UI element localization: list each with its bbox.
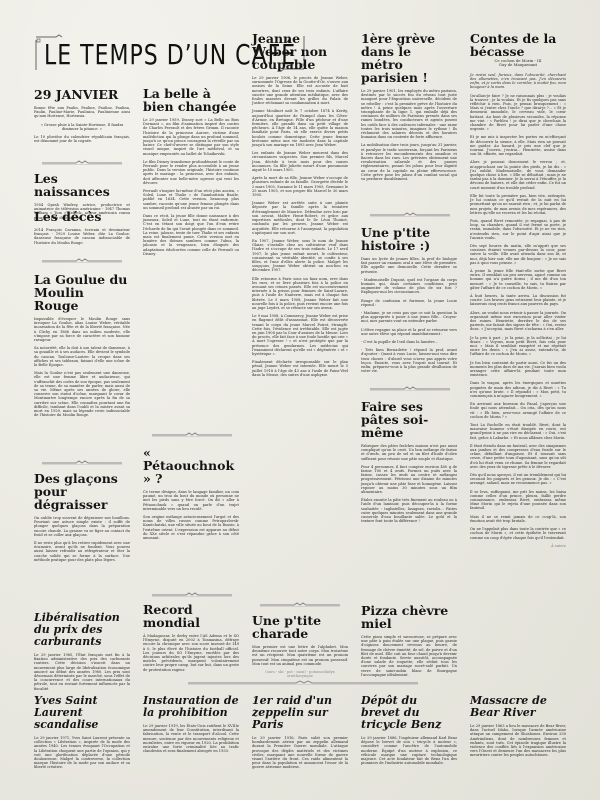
article-glacons: Des glaçons pour dégraisser On oublie tr… <box>34 472 130 566</box>
article-title: Massacre de Bear River <box>470 695 566 719</box>
article-text: Jeanne Moulinet naît le 7 octobre 1874 à… <box>252 109 348 147</box>
article-title: Yves Saint Laurent scandalise <box>34 695 130 731</box>
article-title: Libéralisation du prix des carburants <box>34 612 130 648</box>
article-text: Rouge de confusion et furieuse, la jeune… <box>361 299 457 307</box>
article-text: Il ne reste plus qu'à les retirer rapide… <box>34 541 130 562</box>
article-text: Je restai seul, furieux, dans l'obscurit… <box>470 73 566 90</box>
article-title: Les décès <box>34 210 130 223</box>
article-title: Instauration de la prohibition <box>143 695 239 719</box>
article-title: La belle à bien changée <box>143 87 239 113</box>
article-text: Dès qu'il nous aperçut, il eut un trembl… <box>470 473 566 486</box>
article-la-belle: La belle à bien changée Le 29 janvier 19… <box>143 87 239 260</box>
article-jeanne-weber: Jeanne Weber non coupable Le 29 janvier … <box>252 32 348 381</box>
article-title: « Pétaouchnok » ? <box>143 446 239 485</box>
article-text: Fabriquer des pâtes fraîches maison n'es… <box>361 444 457 461</box>
article-la-goulue: La Goulue du Moulin Rouge Impossible d'é… <box>34 273 130 421</box>
article-text: Les enfants de Jeanne Weber meurent dans… <box>252 151 348 172</box>
divider-ornament <box>42 460 122 466</box>
article-text: Le 29 janvier 1886, l'ingénieur allemand… <box>361 736 457 765</box>
newspaper-page: LE TEMPS D’UN CAFÉ 29 JANVIER Bonne fête… <box>0 0 600 800</box>
article-charade: Une p'tite charade Mon premier est une l… <box>252 614 348 682</box>
article-text: À peine la jeune fille était-elle sortie… <box>470 269 566 290</box>
article-pizza: Pizza chèvre miel Cette pizza simple et … <box>361 604 457 681</box>
article-text: On ne l'appelait plus dans toute la cont… <box>470 527 566 540</box>
article-text: Le 10 pluviôse du calendrier républicain… <box>34 135 130 143</box>
article-text: Dans un lycée de jeunes filles, la prof … <box>361 257 457 274</box>
article-text: - C'est la pupille de l'œil dans la lumi… <box>361 340 457 344</box>
article-bear-river: Massacre de Bear River Le 29 janvier 186… <box>470 695 566 762</box>
article-zeppelin: 1er raid d'un zeppelin sur Paris Le 29 j… <box>252 695 348 774</box>
divider-ornament <box>42 160 122 166</box>
article-title: Record mondial <box>143 603 239 629</box>
article-text: Le 29 janvier 1916, Paris subit son prem… <box>252 736 348 770</box>
article-text: Le 29 janvier 1906, le procès de Jeanne … <box>252 76 348 105</box>
article-text: Le 29 janvier 1959, Disney sort « La Bel… <box>143 118 239 156</box>
article-text: Le 9 mai 1908, à Commercy, Jeanne Weber … <box>252 314 348 356</box>
article-text: Qu'allais-je faire ? Je ne raisonnais pl… <box>470 94 566 132</box>
article-title: La Goulue du Moulin Rouge <box>34 273 130 312</box>
charade-answer: (ours - ski - pot - mon) - potamochidyx … <box>252 670 348 678</box>
article-prohibition: Instauration de la prohibition Le 29 jan… <box>143 695 239 757</box>
article-text: Je la pris à part ; je la priai, je la s… <box>470 336 566 357</box>
article-text: Perrault s'inspire lui-même d'un récit p… <box>143 189 239 210</box>
article-text: Dès sept heures du matin, elle m'apprit … <box>470 244 566 265</box>
article-author: Guy de Maupassant <box>470 63 566 67</box>
article-greve-metro: 1ère grève dans le métro parisien ! Le 2… <box>361 32 457 185</box>
article-title: Une p'tite charade <box>252 614 348 640</box>
article-title: Une p'tite histoire :) <box>361 226 457 252</box>
article-title: Dépôt du brevet du tricycle Benz <box>361 695 457 731</box>
article-text: En 1907, Jeanne Weber, sous le nom de Je… <box>252 239 348 273</box>
article-text: Cette pizza simple et savoureuse, se pré… <box>361 635 457 677</box>
article-text: On oublie trop souvent de dégraisser nos… <box>34 516 130 537</box>
to-be-continued: À suivre <box>470 544 566 548</box>
article-text: Et je me mis à inspecter les portes en m… <box>470 135 566 156</box>
article-text: Il se leva, suffoquant, me prit les main… <box>470 490 566 511</box>
divider-ornament <box>370 212 450 218</box>
article-text: Finalement déclarée irresponsable sur le… <box>252 360 348 377</box>
divider-ornament <box>370 386 450 392</box>
article-text: À huit heures, la tante arriva. La discu… <box>470 294 566 307</box>
article-title: 29 JANVIER <box>34 88 130 101</box>
article-record-mondial: Record mondial À Madagascar, le derby en… <box>143 603 239 676</box>
article-text: La mobilisation dure trois jours, jusqu'… <box>361 143 457 181</box>
article-text: Tout La Rochelle en était troublé. Rivet… <box>470 423 566 440</box>
divider-ornament <box>152 592 232 598</box>
article-text: Elle retourne à Paris sous un faux nom, … <box>252 277 348 311</box>
article-text: Il était étendu dans un fauteuil, avec d… <box>470 444 566 469</box>
article-title: Jeanne Weber non coupable <box>252 32 348 71</box>
article-text: Alors je poussai doucement le verrou ; e… <box>470 160 566 189</box>
article-title: Des glaçons pour dégraisser <box>34 472 130 511</box>
article-text: Le 29 janvier 1901, les employés du métr… <box>361 89 457 139</box>
article-text: Elle fut toute la première pas, bien vit… <box>470 194 566 215</box>
article-text: 2014 François Cavanna, écrivain et dessi… <box>34 228 130 245</box>
article-text: Dans ce récit, la jeune fille donne nais… <box>143 214 239 256</box>
article-text: Puis, quand Rivet remontée, je regagnai,… <box>470 219 566 240</box>
article-ysl: Yves Saint Laurent scandalise Le 29 janv… <box>34 695 130 774</box>
article-text: Ce terme désigne, dans le langage famili… <box>143 490 239 511</box>
article-text: - Très bien Bernadette ! répond la prof,… <box>361 348 457 373</box>
article-text: - Mademoiselle Dupont, quel est l'organe… <box>361 278 457 295</box>
article-text: Après la mort de sa fille, Jeanne Weber … <box>252 176 348 197</box>
article-title: Contes de la bécasse <box>470 32 566 58</box>
article-text: - Madame, je ne crois pas que ce soit la… <box>361 311 457 324</box>
article-contes-becasse: Contes de la bécasse Ce cochon de Morin … <box>470 32 566 552</box>
article-pates: Faire ses pâtes soi-même Fabriquer des p… <box>361 400 457 527</box>
article-text: Son origine mélange astucieusement l'arg… <box>143 515 239 540</box>
article-text: L'élève regagne sa place et la prof se r… <box>361 328 457 336</box>
article-text: Dans le wagon, après les énergiques et m… <box>470 381 566 398</box>
article-title: Pizza chèvre miel <box>361 604 457 630</box>
proverb-quote: « Grosse pluie à la Sainte-Hortense, Il … <box>34 123 130 131</box>
article-ptite-histoire: Une p'tite histoire :) Dans un lycée de … <box>361 226 457 377</box>
article-text: Jeanne Weber est arrêtée suite à une pla… <box>252 201 348 235</box>
article-benz: Dépôt du brevet du tricycle Benz Le 29 j… <box>361 695 457 769</box>
article-petaouchnok: « Pétaouchnok » ? Ce terme désigne, dans… <box>143 446 239 544</box>
article-title: 1er raid d'un zeppelin sur Paris <box>252 695 348 731</box>
article-text: Mais il ne se remit jamais de ce coup-là… <box>470 515 566 523</box>
divider-ornament <box>42 258 122 264</box>
divider-ornament <box>260 602 340 608</box>
article-text: Impossible d'évoquer le Moulin Rouge san… <box>34 317 130 342</box>
article-text: Bonne fête aux Paulin, Pauline, Paulino,… <box>34 106 130 119</box>
article-title: Les naissances <box>34 172 130 198</box>
article-text: Pour 4 personnes, il faut compter enviro… <box>361 465 457 494</box>
divider-ornament <box>152 432 232 438</box>
article-title: 1ère grève dans le métro parisien ! <box>361 32 457 84</box>
article-text: Étalez ensuite la pâte très finement au … <box>361 498 457 523</box>
article-deces: Les décès 2014 François Cavanna, écrivai… <box>34 210 130 249</box>
article-text: Je fus bien contraint de partir aussi. C… <box>470 361 566 378</box>
article-liberalisation: Libéralisation du prix des carburants Le… <box>34 612 130 695</box>
article-text: Le 29 janvier 1919, les États-Unis ratif… <box>143 724 239 753</box>
article-title: Faire ses pâtes soi-même <box>361 400 457 439</box>
article-text: Le film Disney transforme profondément l… <box>143 160 239 185</box>
article-text: Mon premier est une lettre de l'alphabet… <box>252 645 348 666</box>
article-29-janvier: 29 JANVIER Bonne fête aux Paulin, Paulin… <box>34 88 130 147</box>
article-text: Sa notoriété, elle la doit à son talent … <box>34 346 130 367</box>
article-text: Mais la Goulue n'est pas seulement une d… <box>34 371 130 417</box>
article-text: Alors, on voulut nous retenir à passer l… <box>470 311 566 332</box>
article-text: À Madagascar, le derby entre l'AS Adema … <box>143 634 239 672</box>
article-text: Le 29 janvier 1863 a lieu le massacre de… <box>470 724 566 758</box>
article-text: En arrivant aux bureaux du Fanal, j'aper… <box>470 402 566 419</box>
article-text: Le 29 janvier 1985, l'État français met … <box>34 653 130 691</box>
article-text: Le 29 janvier 1971, Yves Saint Laurent p… <box>34 736 130 770</box>
